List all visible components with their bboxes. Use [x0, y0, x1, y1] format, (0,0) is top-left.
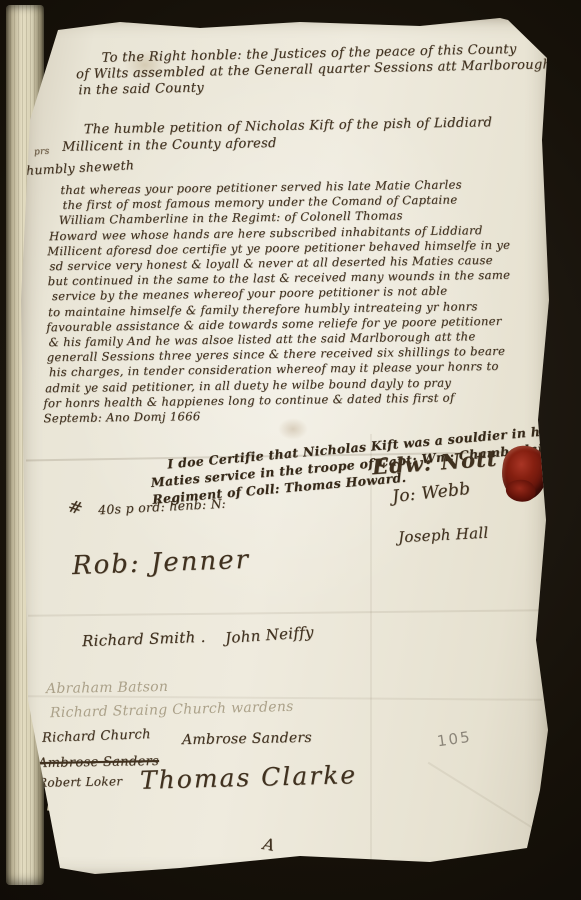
filing-mark: A — [261, 834, 276, 855]
signature-richard-church: Richard Church — [42, 727, 151, 746]
manuscript-photo: To the Right honble: the Justices of the… — [0, 0, 581, 900]
fold-crease-diagonal — [428, 762, 565, 848]
wax-seal — [499, 443, 551, 502]
clerk-note: 40s p ord: henb: N: — [98, 496, 227, 518]
signature-thomas-clarke: Thomas Clarke — [140, 760, 358, 795]
address-block: To the Right honble: the Justices of the… — [102, 41, 552, 98]
fold-crease-2 — [28, 609, 544, 616]
fold-crease-vertical — [370, 434, 372, 864]
signature-richard-straing: Richard Straing Church wardens — [50, 699, 294, 721]
signature-john-neiffy: John Neiffy — [224, 623, 314, 647]
salutation: humbly sheweth — [26, 157, 135, 178]
signature-rob-jenner: Rob: Jenner — [72, 545, 251, 581]
signature-richard-smith: Richard Smith . — [82, 628, 206, 650]
signature-ambrose-sanders: Ambrose Sanders — [182, 730, 312, 748]
signature-robert-loker: Robert Loker — [38, 774, 123, 789]
clerk-mark: # — [65, 496, 85, 520]
signature-joseph-hall: Joseph Hall — [398, 524, 489, 547]
petition-title-block: The humble petition of Nicholas Kift of … — [62, 114, 493, 156]
margin-note: prs — [34, 146, 50, 157]
folio-number: 105 — [436, 728, 473, 751]
signature-abraham-batson: Abraham Batson — [46, 679, 169, 697]
manuscript-page: To the Right honble: the Justices of the… — [16, 14, 552, 880]
petition-body: that whereas your poore petitioner serve… — [46, 177, 512, 427]
